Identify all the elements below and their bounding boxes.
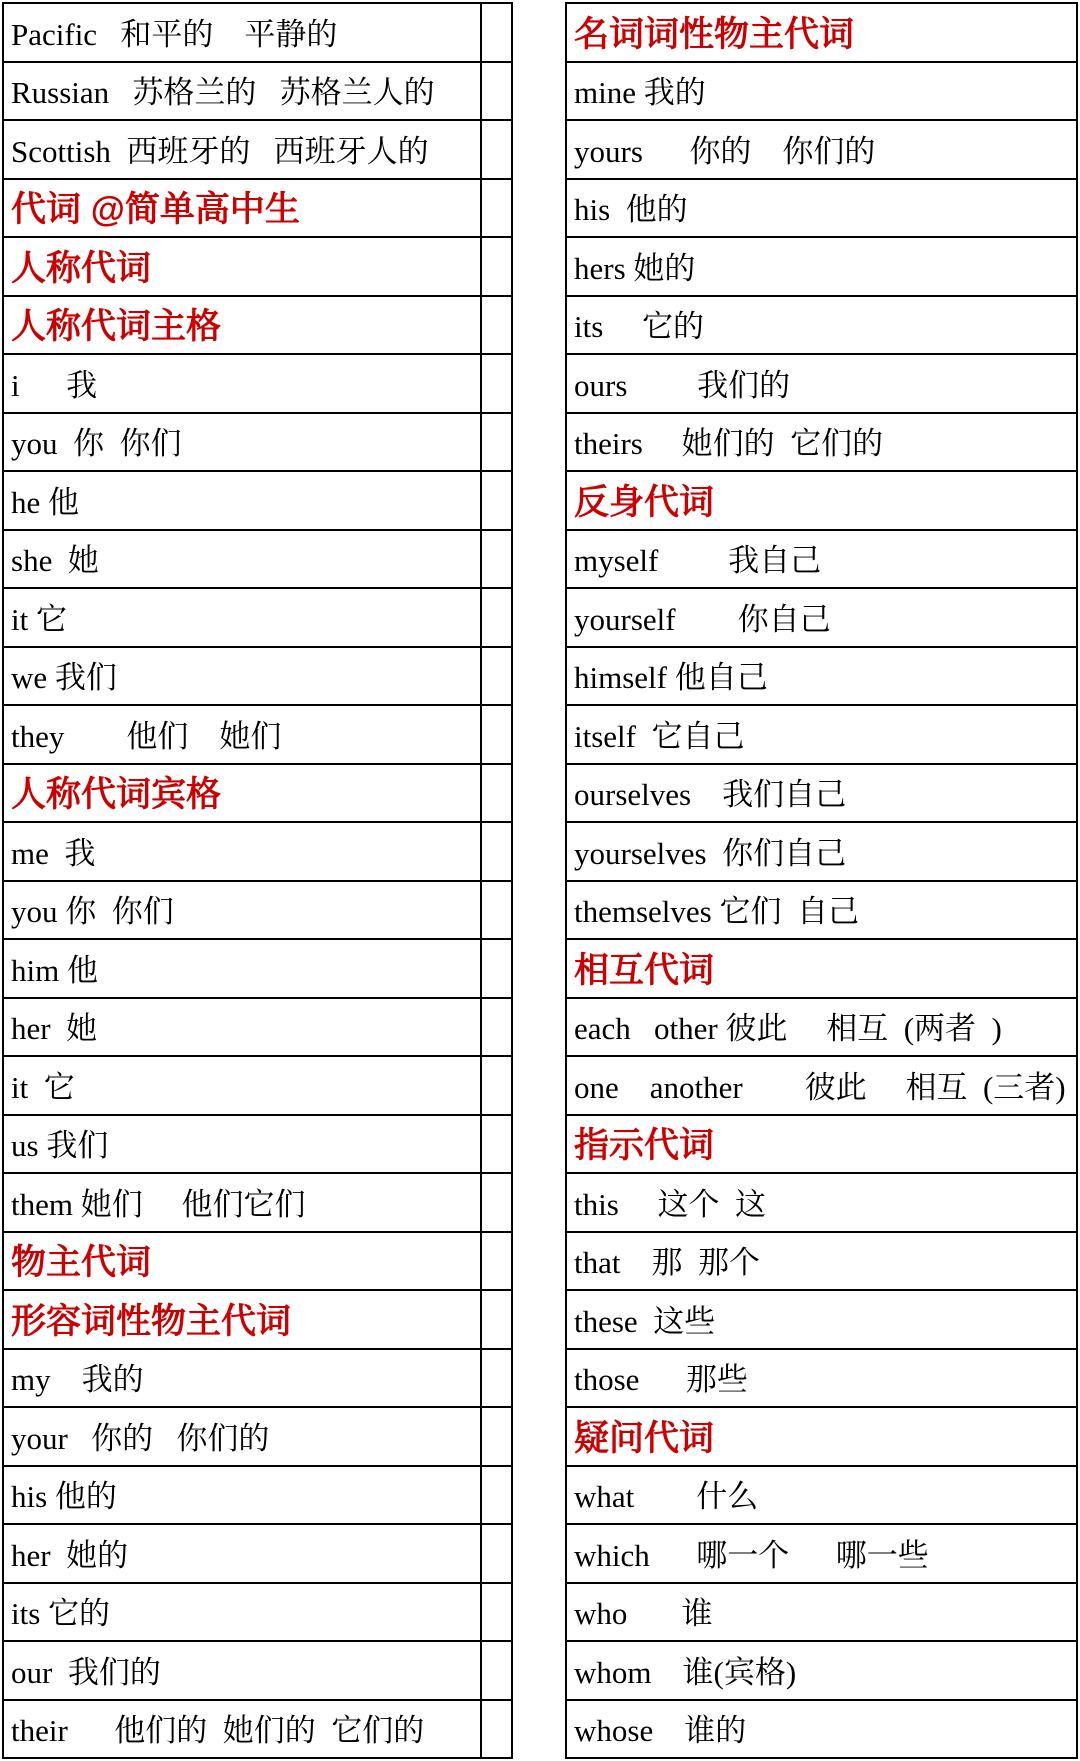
- section-header-text: 人称代词: [4, 238, 480, 295]
- vocab-entry-text: them 她们 他们它们: [4, 1174, 480, 1231]
- section-header-text: 物主代词: [4, 1233, 480, 1290]
- vocab-row: themselves 它们 自己: [567, 880, 1076, 939]
- vocab-entry-text: we 我们: [4, 648, 480, 705]
- vocab-entry-text: each other 彼此 相互 (两者 ): [567, 999, 1076, 1056]
- empty-cell: [480, 1584, 511, 1641]
- vocab-row: our 我们的: [4, 1640, 511, 1699]
- empty-cell: [480, 999, 511, 1056]
- vocab-entry-text: you 你 你们: [4, 414, 480, 471]
- vocab-entry-text: it 它: [4, 1057, 480, 1114]
- vocab-row: its 它的: [567, 295, 1076, 354]
- vocab-row: her 她的: [4, 1523, 511, 1582]
- empty-cell: [480, 706, 511, 763]
- vocab-entry-text: myself 我自己: [567, 531, 1076, 588]
- vocab-row: it 它: [4, 587, 511, 646]
- vocab-row: ours 我们的: [567, 353, 1076, 412]
- vocab-entry-text: she 她: [4, 531, 480, 588]
- vocab-entry-text: who 谁: [567, 1584, 1076, 1641]
- empty-cell: [480, 1291, 511, 1348]
- vocab-entry-text: hers 她的: [567, 238, 1076, 295]
- vocab-entry-text: ours 我们的: [567, 355, 1076, 412]
- section-header-text: 反身代词: [567, 472, 1076, 529]
- vocab-row: Russian 苏格兰的 苏格兰人的: [4, 61, 511, 120]
- vocab-row: he 他: [4, 470, 511, 529]
- vocab-entry-text: your 你的 你们的: [4, 1408, 480, 1465]
- empty-cell: [480, 121, 511, 178]
- vocab-entry-text: me 我: [4, 823, 480, 880]
- empty-cell: [480, 1408, 511, 1465]
- vocab-row: hers 她的: [567, 236, 1076, 295]
- vocab-entry-text: his 他的: [567, 180, 1076, 237]
- empty-cell: [480, 63, 511, 120]
- vocab-entry-text: which 哪一个 哪一些: [567, 1525, 1076, 1582]
- vocab-entry-text: us 我们: [4, 1116, 480, 1173]
- empty-cell: [480, 882, 511, 939]
- vocab-entry-text: itself 它自己: [567, 706, 1076, 763]
- empty-cell: [480, 1233, 511, 1290]
- empty-cell: [480, 180, 511, 237]
- vocab-row: him 他: [4, 938, 511, 997]
- vocab-entry-text: yourselves 你们自己: [567, 823, 1076, 880]
- vocab-entry-text: yours 你的 你们的: [567, 121, 1076, 178]
- empty-cell: [480, 1701, 511, 1758]
- empty-cell: [480, 531, 511, 588]
- vocab-row: me 我: [4, 821, 511, 880]
- vocab-entry-text: her 她的: [4, 1525, 480, 1582]
- vocab-entry-text: you 你 你们: [4, 882, 480, 939]
- section-header-text: 代词 @简单高中生: [4, 180, 480, 237]
- section-header-row: 人称代词宾格: [4, 763, 511, 822]
- section-header-row: 相互代词: [567, 938, 1076, 997]
- vocab-entry-text: her 她: [4, 999, 480, 1056]
- vocab-row: whom 谁(宾格): [567, 1640, 1076, 1699]
- vocab-entry-text: mine 我的: [567, 63, 1076, 120]
- empty-cell: [480, 765, 511, 822]
- section-header-row: 指示代词: [567, 1114, 1076, 1173]
- section-header-text: 指示代词: [567, 1116, 1076, 1173]
- vocab-row: us 我们: [4, 1114, 511, 1173]
- empty-cell: [480, 297, 511, 354]
- vocab-entry-text: i 我: [4, 355, 480, 412]
- empty-cell: [480, 1174, 511, 1231]
- vocab-row: what 什么: [567, 1465, 1076, 1524]
- vocab-entry-text: whom 谁(宾格): [567, 1642, 1076, 1699]
- vocab-row: ourselves 我们自己: [567, 763, 1076, 822]
- vocab-row: this 这个 这: [567, 1172, 1076, 1231]
- vocab-row: you 你 你们: [4, 412, 511, 471]
- left-vocab-table: Pacific 和平的 平静的Russian 苏格兰的 苏格兰人的Scottis…: [2, 2, 513, 1759]
- vocab-row: yourself 你自己: [567, 587, 1076, 646]
- empty-cell: [480, 1116, 511, 1173]
- section-header-row: 人称代词: [4, 236, 511, 295]
- vocab-row: itself 它自己: [567, 704, 1076, 763]
- vocab-entry-text: they 他们 她们: [4, 706, 480, 763]
- right-vocab-table: 名词词性物主代词mine 我的yours 你的 你们的his 他的hers 她的…: [565, 2, 1078, 1759]
- section-header-row: 名词词性物主代词: [567, 4, 1076, 61]
- vocab-entry-text: our 我们的: [4, 1642, 480, 1699]
- empty-cell: [480, 4, 511, 61]
- document-page: Pacific 和平的 平静的Russian 苏格兰的 苏格兰人的Scottis…: [0, 0, 1080, 1761]
- section-header-row: 疑问代词: [567, 1406, 1076, 1465]
- vocab-entry-text: yourself 你自己: [567, 589, 1076, 646]
- section-header-text: 名词词性物主代词: [567, 4, 1076, 61]
- empty-cell: [480, 589, 511, 646]
- section-header-text: 人称代词主格: [4, 297, 480, 354]
- section-header-text: 人称代词宾格: [4, 765, 480, 822]
- vocab-entry-text: what 什么: [567, 1467, 1076, 1524]
- vocab-entry-text: Russian 苏格兰的 苏格兰人的: [4, 63, 480, 120]
- vocab-entry-text: theirs 她们的 它们的: [567, 414, 1076, 471]
- empty-cell: [480, 472, 511, 529]
- section-header-row: 反身代词: [567, 470, 1076, 529]
- vocab-row: we 我们: [4, 646, 511, 705]
- vocab-entry-text: his 他的: [4, 1467, 480, 1524]
- section-header-row: 形容词性物主代词: [4, 1289, 511, 1348]
- vocab-entry-text: these 这些: [567, 1291, 1076, 1348]
- vocab-row: his 他的: [567, 178, 1076, 237]
- vocab-row: her 她: [4, 997, 511, 1056]
- empty-cell: [480, 1642, 511, 1699]
- vocab-row: himself 他自己: [567, 646, 1076, 705]
- vocab-row: your 你的 你们的: [4, 1406, 511, 1465]
- empty-cell: [480, 414, 511, 471]
- empty-cell: [480, 823, 511, 880]
- section-header-row: 物主代词: [4, 1231, 511, 1290]
- vocab-entry-text: those 那些: [567, 1350, 1076, 1407]
- empty-cell: [480, 940, 511, 997]
- empty-cell: [480, 1467, 511, 1524]
- vocab-row: you 你 你们: [4, 880, 511, 939]
- vocab-entry-text: its 它的: [4, 1584, 480, 1641]
- vocab-row: she 她: [4, 529, 511, 588]
- empty-cell: [480, 1057, 511, 1114]
- vocab-row: theirs 她们的 它们的: [567, 412, 1076, 471]
- vocab-row: his 他的: [4, 1465, 511, 1524]
- vocab-row: whose 谁的: [567, 1699, 1076, 1758]
- vocab-row: they 他们 她们: [4, 704, 511, 763]
- vocab-row: my 我的: [4, 1348, 511, 1407]
- vocab-row: one another 彼此 相互 (三者): [567, 1055, 1076, 1114]
- vocab-entry-text: it 它: [4, 589, 480, 646]
- section-header-row: 人称代词主格: [4, 295, 511, 354]
- vocab-row: mine 我的: [567, 61, 1076, 120]
- vocab-entry-text: this 这个 这: [567, 1174, 1076, 1231]
- vocab-row: their 他们的 她们的 它们的: [4, 1699, 511, 1758]
- vocab-row: each other 彼此 相互 (两者 ): [567, 997, 1076, 1056]
- empty-cell: [480, 1525, 511, 1582]
- empty-cell: [480, 355, 511, 412]
- empty-cell: [480, 238, 511, 295]
- vocab-entry-text: himself 他自己: [567, 648, 1076, 705]
- vocab-entry-text: one another 彼此 相互 (三者): [567, 1057, 1076, 1114]
- vocab-entry-text: whose 谁的: [567, 1701, 1076, 1758]
- vocab-entry-text: him 他: [4, 940, 480, 997]
- empty-cell: [480, 648, 511, 705]
- vocab-entry-text: he 他: [4, 472, 480, 529]
- section-header-row: 代词 @简单高中生: [4, 178, 511, 237]
- vocab-row: Scottish 西班牙的 西班牙人的: [4, 119, 511, 178]
- vocab-entry-text: themselves 它们 自己: [567, 882, 1076, 939]
- section-header-text: 疑问代词: [567, 1408, 1076, 1465]
- vocab-row: them 她们 他们它们: [4, 1172, 511, 1231]
- vocab-row: yourselves 你们自己: [567, 821, 1076, 880]
- vocab-row: its 它的: [4, 1582, 511, 1641]
- vocab-row: those 那些: [567, 1348, 1076, 1407]
- vocab-row: it 它: [4, 1055, 511, 1114]
- vocab-row: yours 你的 你们的: [567, 119, 1076, 178]
- vocab-row: myself 我自己: [567, 529, 1076, 588]
- section-header-text: 形容词性物主代词: [4, 1291, 480, 1348]
- vocab-entry-text: their 他们的 她们的 它们的: [4, 1701, 480, 1758]
- vocab-entry-text: my 我的: [4, 1350, 480, 1407]
- vocab-entry-text: ourselves 我们自己: [567, 765, 1076, 822]
- vocab-row: these 这些: [567, 1289, 1076, 1348]
- empty-cell: [480, 1350, 511, 1407]
- vocab-row: Pacific 和平的 平静的: [4, 4, 511, 61]
- section-header-text: 相互代词: [567, 940, 1076, 997]
- vocab-row: i 我: [4, 353, 511, 412]
- vocab-entry-text: Scottish 西班牙的 西班牙人的: [4, 121, 480, 178]
- vocab-entry-text: that 那 那个: [567, 1233, 1076, 1290]
- vocab-row: which 哪一个 哪一些: [567, 1523, 1076, 1582]
- vocab-entry-text: Pacific 和平的 平静的: [4, 4, 480, 61]
- vocab-entry-text: its 它的: [567, 297, 1076, 354]
- vocab-row: that 那 那个: [567, 1231, 1076, 1290]
- vocab-row: who 谁: [567, 1582, 1076, 1641]
